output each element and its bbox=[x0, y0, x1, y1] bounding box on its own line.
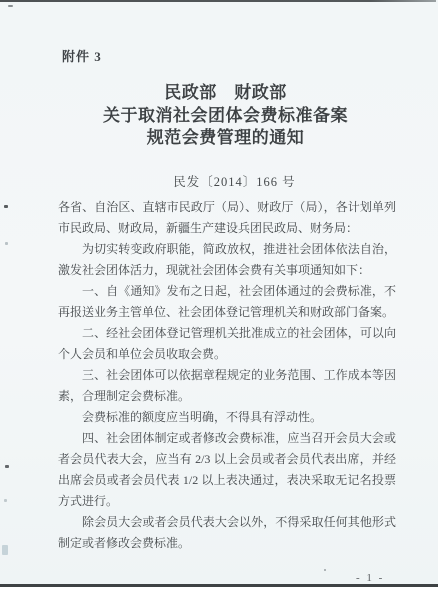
scan-speck bbox=[4, 205, 8, 208]
document-body: 各省、自治区、直辖市民政厅（局）、财政厅（局），各计划单列市民政局、财政局，新疆… bbox=[58, 197, 396, 554]
body-paragraph-item-3: 三、社会团体可以依据章程规定的业务范围、工作成本等因素，合理制定会费标准。 bbox=[58, 365, 396, 407]
title-line-3: 规范会费管理的通知 bbox=[7, 127, 438, 150]
document-number: 民发〔2014〕166 号 bbox=[16, 172, 438, 190]
scan-speck bbox=[8, 5, 13, 7]
scan-speck bbox=[5, 242, 8, 245]
salutation-paragraph: 各省、自治区、直辖市民政厅（局）、财政厅（局），各计划单列市民政局、财政局，新疆… bbox=[58, 197, 396, 239]
body-paragraph: 会费标准的额度应当明确，不得具有浮动性。 bbox=[58, 407, 396, 428]
scan-speck bbox=[324, 569, 326, 571]
attachment-label: 附件 3 bbox=[62, 46, 102, 65]
body-paragraph-item-1: 一、自《通知》发布之日起，社会团体通过的会费标准，不再报送业务主管单位、社会团体… bbox=[58, 281, 396, 323]
title-issuing-agencies: 民政部 财政部 bbox=[7, 82, 438, 105]
body-paragraph-item-2: 二、经社会团体登记管理机关批准成立的社会团体，可以向个人会员和单位会员收取会费。 bbox=[58, 323, 396, 365]
body-paragraph: 为切实转变政府职能，简政放权，推进社会团体依法自治，激发社会团体活力，现就社会团… bbox=[58, 239, 396, 281]
body-paragraph-item-4: 四、社会团体制定或者修改会费标准，应当召开会员大会或者会员代表大会，应当有 2/… bbox=[58, 428, 396, 512]
scanned-document-page: 附件 3 民政部 财政部 关于取消社会团体会费标准备案 规范会费管理的通知 民发… bbox=[0, 0, 438, 587]
body-paragraph: 除会员大会或者会员代表大会以外，不得采取任何其他形式制定或者修改会费标准。 bbox=[58, 512, 396, 554]
scan-speck bbox=[4, 499, 7, 502]
scan-pencil-mark bbox=[2, 545, 8, 555]
document-title: 民政部 财政部 关于取消社会团体会费标准备案 规范会费管理的通知 bbox=[7, 82, 438, 150]
title-line-2: 关于取消社会团体会费标准备案 bbox=[7, 105, 438, 128]
page-number: - 1 - bbox=[356, 572, 384, 584]
scan-edge-top-line bbox=[0, 0, 436, 2]
scan-speck bbox=[5, 465, 9, 468]
scan-edge-bottom-line bbox=[0, 584, 438, 587]
screenshot-canvas: 附件 3 民政部 财政部 关于取消社会团体会费标准备案 规范会费管理的通知 民发… bbox=[0, 0, 446, 591]
